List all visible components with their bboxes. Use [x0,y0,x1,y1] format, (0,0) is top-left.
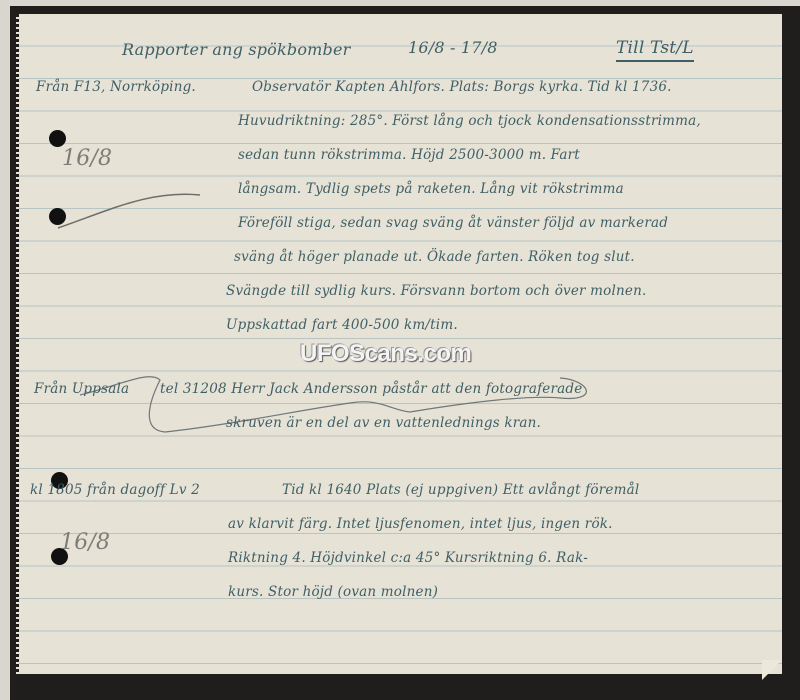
entry-3-line-1: Tid kl 1640 Plats (ej uppgiven) Ett avlå… [282,482,639,498]
entry-3-line-2: av klarvit färg. Intet ljusfenomen, inte… [228,516,613,532]
entry-1-line-6: sväng åt höger planade ut. Ökade farten.… [234,249,635,265]
entry-1-line-8: Uppskattad fart 400-500 km/tim. [226,317,458,333]
entry-2-source: Från Uppsala [34,381,129,397]
entry-3-source: kl 1805 från dagoff Lv 2 [30,482,200,498]
entry-1-line-2: Huvudriktning: 285°. Först lång och tjoc… [238,113,701,129]
watermark: UFOScans.com [300,340,471,368]
document-title: Rapporter ang spökbomber [122,40,351,59]
entry-1-line-1: Observatör Kapten Ahlfors. Plats: Borgs … [252,79,672,95]
margin-date-2: 16/8 [60,530,110,555]
date-range: 16/8 - 17/8 [408,38,498,57]
entry-2-line-2: skruven är en del av en vattenlednings k… [226,415,541,431]
entry-1-line-7: Svängde till sydlig kurs. Försvann borto… [226,283,647,299]
entry-1-line-4: långsam. Tydlig spets på raketen. Lång v… [238,181,624,197]
margin-date-1: 16/8 [62,146,112,171]
addressee: Till Tst/L [616,38,694,62]
entry-1-source: Från F13, Norrköping. [36,79,196,95]
entry-3-line-4: kurs. Stor höjd (ovan molnen) [228,584,438,600]
entry-3-line-3: Riktning 4. Höjdvinkel c:a 45° Kursriktn… [228,550,588,566]
folded-corner [762,660,782,680]
entry-1-line-3: sedan tunn rökstrimma. Höjd 2500-3000 m.… [238,147,580,163]
entry-2-line-1: tel 31208 Herr Jack Andersson påstår att… [160,381,582,397]
entry-1-line-5: Föreföll stiga, sedan svag sväng åt väns… [238,215,668,231]
